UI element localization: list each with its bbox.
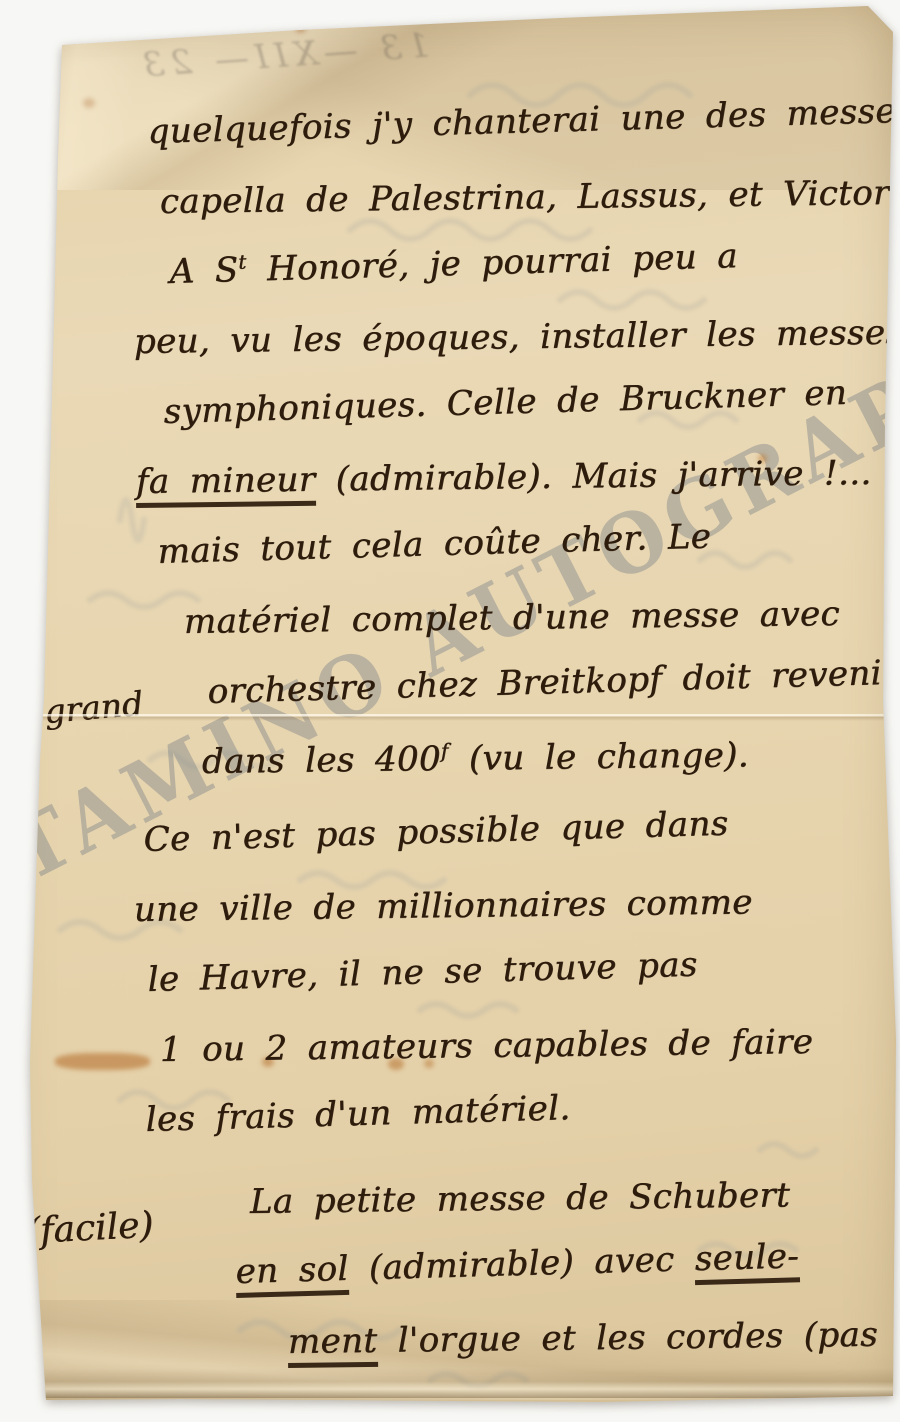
mirrored-date-inscription: 13 —XII— 23 <box>69 25 431 90</box>
underlined-text: en sol <box>235 1249 349 1298</box>
handwritten-text: 1 ou 2 amateurs capables de faire <box>160 1022 814 1070</box>
letter-line: ment l'orgue et les cordes (pas <box>288 1315 889 1392</box>
handwritten-text: (admirable). Mais j'arrive !... <box>315 453 872 500</box>
letter-line: dans les 400f (vu le change). <box>202 734 889 812</box>
underlined-text: ment <box>288 1321 378 1368</box>
handwritten-text: A S <box>169 250 239 292</box>
foxing-spot <box>295 24 306 33</box>
letter-line: Ce n'est pas possible que dans <box>143 799 889 890</box>
handwritten-text: dans les 400 <box>202 739 442 782</box>
handwritten-text: La petite messe de Schubert <box>250 1175 791 1222</box>
handwritten-text: une ville de millionnaires comme <box>134 882 753 930</box>
letter-paper: 13 —XII— 23 TAMINO AUTOGRAPHS quelquefoi… <box>0 0 900 1422</box>
handwritten-text: matériel complet d'une messe avec <box>184 594 841 642</box>
underlined-text: seule- <box>694 1236 800 1285</box>
letter-scan: 13 —XII— 23 TAMINO AUTOGRAPHS quelquefoi… <box>0 0 900 1422</box>
paper-shadow: 13 —XII— 23 TAMINO AUTOGRAPHS quelquefoi… <box>0 0 900 1422</box>
handwritten-text: l'orgue et les cordes (pas <box>377 1315 878 1361</box>
handwritten-text: (admirable) avec <box>348 1239 695 1289</box>
letter-body: quelquefois j'y chanterai une des messes… <box>118 112 888 1392</box>
letter-line: quelquefois j'y chanterai une des messes… <box>147 91 889 182</box>
handwritten-text: Ce n'est pas possible que dans <box>143 804 729 860</box>
underlined-text: fa mineur <box>136 460 316 508</box>
handwritten-text: peu, vu les époques, installer les messe… <box>134 313 900 362</box>
handwritten-text: capella de Palestrina, Lassus, et Victor… <box>160 173 900 222</box>
margin-note-facile: (facile) <box>25 1205 154 1253</box>
foxing-spot <box>83 98 95 108</box>
handwritten-text: (vu le change). <box>448 735 749 779</box>
handwritten-text: quelquefois j'y chanterai une des messes… <box>147 89 900 152</box>
